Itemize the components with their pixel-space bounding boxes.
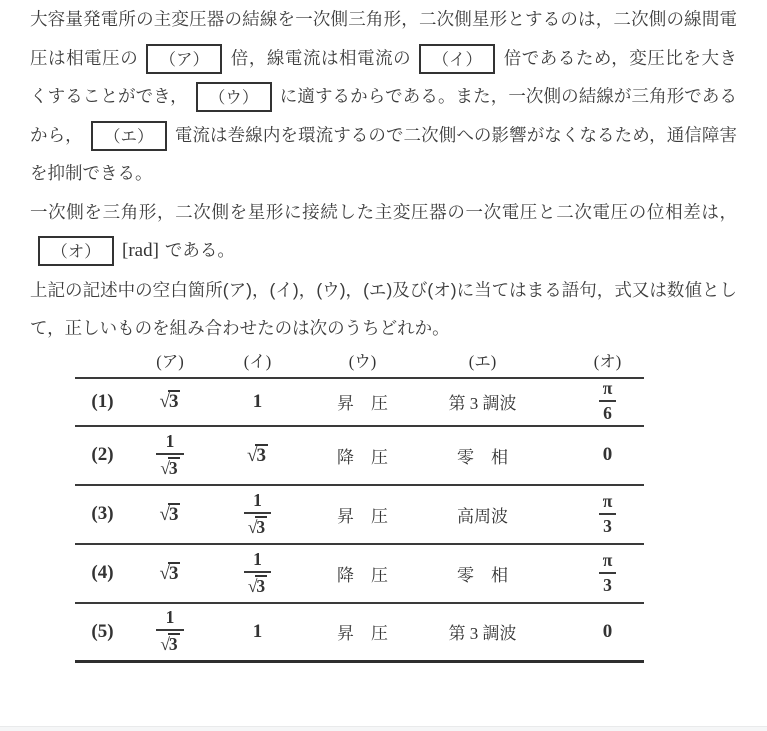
blank-box-o: （オ） [38,236,114,266]
fraction-numerator: π [601,492,615,513]
table-cell: 1√3 [130,426,210,485]
column-header: (イ) [210,348,305,378]
table-cell: π6 [545,378,644,426]
japanese-term: 零 相 [457,566,508,585]
fraction: π3 [599,492,616,537]
sqrt-expression: √3 [248,517,267,537]
option-number-label: (2) [91,444,113,465]
option-number-label: (3) [91,503,113,524]
fraction-denominator: √3 [156,453,183,479]
fraction-numerator: π [601,379,615,400]
option-number-label: (4) [91,562,113,583]
answer-table-header: (ア)(イ)(ウ)(エ)(オ) [75,348,644,378]
text-segment: である。 [165,240,235,260]
japanese-term: 昇 圧 [337,394,388,413]
fraction-denominator: √3 [244,571,271,597]
option-number: (5) [75,603,130,662]
table-cell: 1√3 [210,544,305,603]
column-header: (ア) [130,348,210,378]
option-number-label: (5) [91,621,113,642]
table-cell: √3 [210,426,305,485]
blank-box-a: （ア） [146,44,222,74]
fraction: 1√3 [244,550,271,597]
question-statement-2: 一次側を三角形，二次側を星形に接続した主変圧器の一次電圧と二次電圧の位相差は，（… [30,193,737,271]
radicand: 3 [168,633,180,653]
radicand: 3 [255,444,268,466]
question-document: 大容量発電所の主変圧器の結線を一次側三角形，二次側星形とするのは，二次側の線間電… [0,0,767,663]
fraction-denominator: √3 [244,512,271,538]
table-cell: 降 圧 [305,426,420,485]
answer-option-row: (1)√31昇 圧第 3 調波π6 [75,378,644,426]
math-text: 1 [166,431,175,451]
fraction-numerator: π [601,551,615,572]
math-text: 1 [253,391,263,412]
answer-option-row: (2)1√3√3降 圧零 相0 [75,426,644,485]
fraction-numerator: 1 [251,491,264,512]
answer-option-row: (5)1√31昇 圧第 3 調波0 [75,603,644,662]
table-cell: 1 [210,378,305,426]
fraction: 1√3 [156,432,183,479]
text-segment: 一次側を三角形，二次側を星形に接続した主変圧器の一次電圧と二次電圧の位相差は， [30,202,737,222]
answer-option-row: (3)√31√3昇 圧高周波π3 [75,485,644,544]
japanese-term: 第 3 調波 [449,624,517,643]
table-cell: √3 [130,485,210,544]
option-number: (3) [75,485,130,544]
fraction-numerator: 1 [164,608,177,629]
math-text: 0 [603,621,613,642]
table-cell: 降 圧 [305,544,420,603]
fraction: 1√3 [244,491,271,538]
table-cell: 第 3 調波 [420,603,545,662]
table-cell: 零 相 [420,426,545,485]
table-cell: π3 [545,485,644,544]
radicand: 3 [168,503,181,525]
column-header: (エ) [420,348,545,378]
math-text: π [603,491,613,511]
math-text: 3 [603,575,612,595]
table-cell: 0 [545,426,644,485]
table-cell: 零 相 [420,544,545,603]
table-cell: 高周波 [420,485,545,544]
table-cell: π3 [545,544,644,603]
math-text: 1 [253,549,262,569]
japanese-term: 第 3 調波 [449,394,517,413]
table-cell: 0 [545,603,644,662]
sqrt-expression: √3 [160,563,181,584]
option-number: (2) [75,426,130,485]
question-statement-1: 大容量発電所の主変圧器の結線を一次側三角形，二次側星形とするのは，二次側の線間電… [30,0,737,193]
sqrt-expression: √3 [160,634,179,654]
text-segment: 上記の記述中の空白箇所(ア)，(イ)，(ウ)，(エ)及び(オ)に当てはまる語句，… [30,280,737,339]
fraction-denominator: 3 [599,513,616,537]
fraction: π6 [599,379,616,424]
sqrt-expression: √3 [160,391,181,412]
japanese-term: 降 圧 [337,448,388,467]
table-cell: 1 [210,603,305,662]
table-cell: 昇 圧 [305,485,420,544]
blank-box-i: （イ） [419,44,495,74]
radicand: 3 [255,516,267,536]
radicand: 3 [255,575,267,595]
sqrt-expression: √3 [160,458,179,478]
table-cell: 昇 圧 [305,603,420,662]
fraction-numerator: 1 [164,432,177,453]
math-text: 1 [166,607,175,627]
math-text: 0 [603,444,613,465]
fraction-denominator: 6 [599,400,616,424]
option-number: (1) [75,378,130,426]
japanese-term: 高周波 [457,507,508,526]
table-cell: 1√3 [130,603,210,662]
blank-box-e: （エ） [91,121,167,151]
column-header: (ウ) [305,348,420,378]
page-bottom-edge [0,726,767,731]
radicand: 3 [168,457,180,477]
fraction: π3 [599,551,616,596]
table-cell: √3 [130,544,210,603]
fraction: 1√3 [156,608,183,655]
column-header-empty [75,348,130,378]
japanese-term: 降 圧 [337,566,388,585]
japanese-term: 零 相 [457,448,508,467]
option-number-label: (1) [91,391,113,412]
radicand: 3 [168,390,181,412]
table-cell: 第 3 調波 [420,378,545,426]
fraction-denominator: 3 [599,572,616,596]
table-cell: 1√3 [210,485,305,544]
answer-options-table: (ア)(イ)(ウ)(エ)(オ) (1)√31昇 圧第 3 調波π6(2)1√3√… [75,348,644,664]
sqrt-expression: √3 [160,504,181,525]
math-text: 3 [603,516,612,536]
math-text: π [603,378,613,398]
option-number: (4) [75,544,130,603]
math-text: 1 [253,490,262,510]
column-header: (オ) [545,348,644,378]
math-text: 6 [603,403,612,423]
question-prompt: 上記の記述中の空白箇所(ア)，(イ)，(ウ)，(エ)及び(オ)に当てはまる語句，… [30,271,737,348]
rad-unit-label: [rad] [122,240,159,261]
table-cell: √3 [130,378,210,426]
sqrt-expression: √3 [248,576,267,596]
text-segment: 倍，線電流は相電流の [230,48,411,68]
math-text: π [603,550,613,570]
answer-option-row: (4)√31√3降 圧零 相π3 [75,544,644,603]
fraction-denominator: √3 [156,629,183,655]
radicand: 3 [168,562,181,584]
blank-box-u: （ウ） [196,82,272,112]
math-text: 1 [253,621,263,642]
fraction-numerator: 1 [251,550,264,571]
japanese-term: 昇 圧 [337,624,388,643]
japanese-term: 昇 圧 [337,507,388,526]
sqrt-expression: √3 [247,445,268,466]
exam-question-page: { "colors": { "text": "#3b3b3b", "table_… [0,0,767,731]
table-cell: 昇 圧 [305,378,420,426]
